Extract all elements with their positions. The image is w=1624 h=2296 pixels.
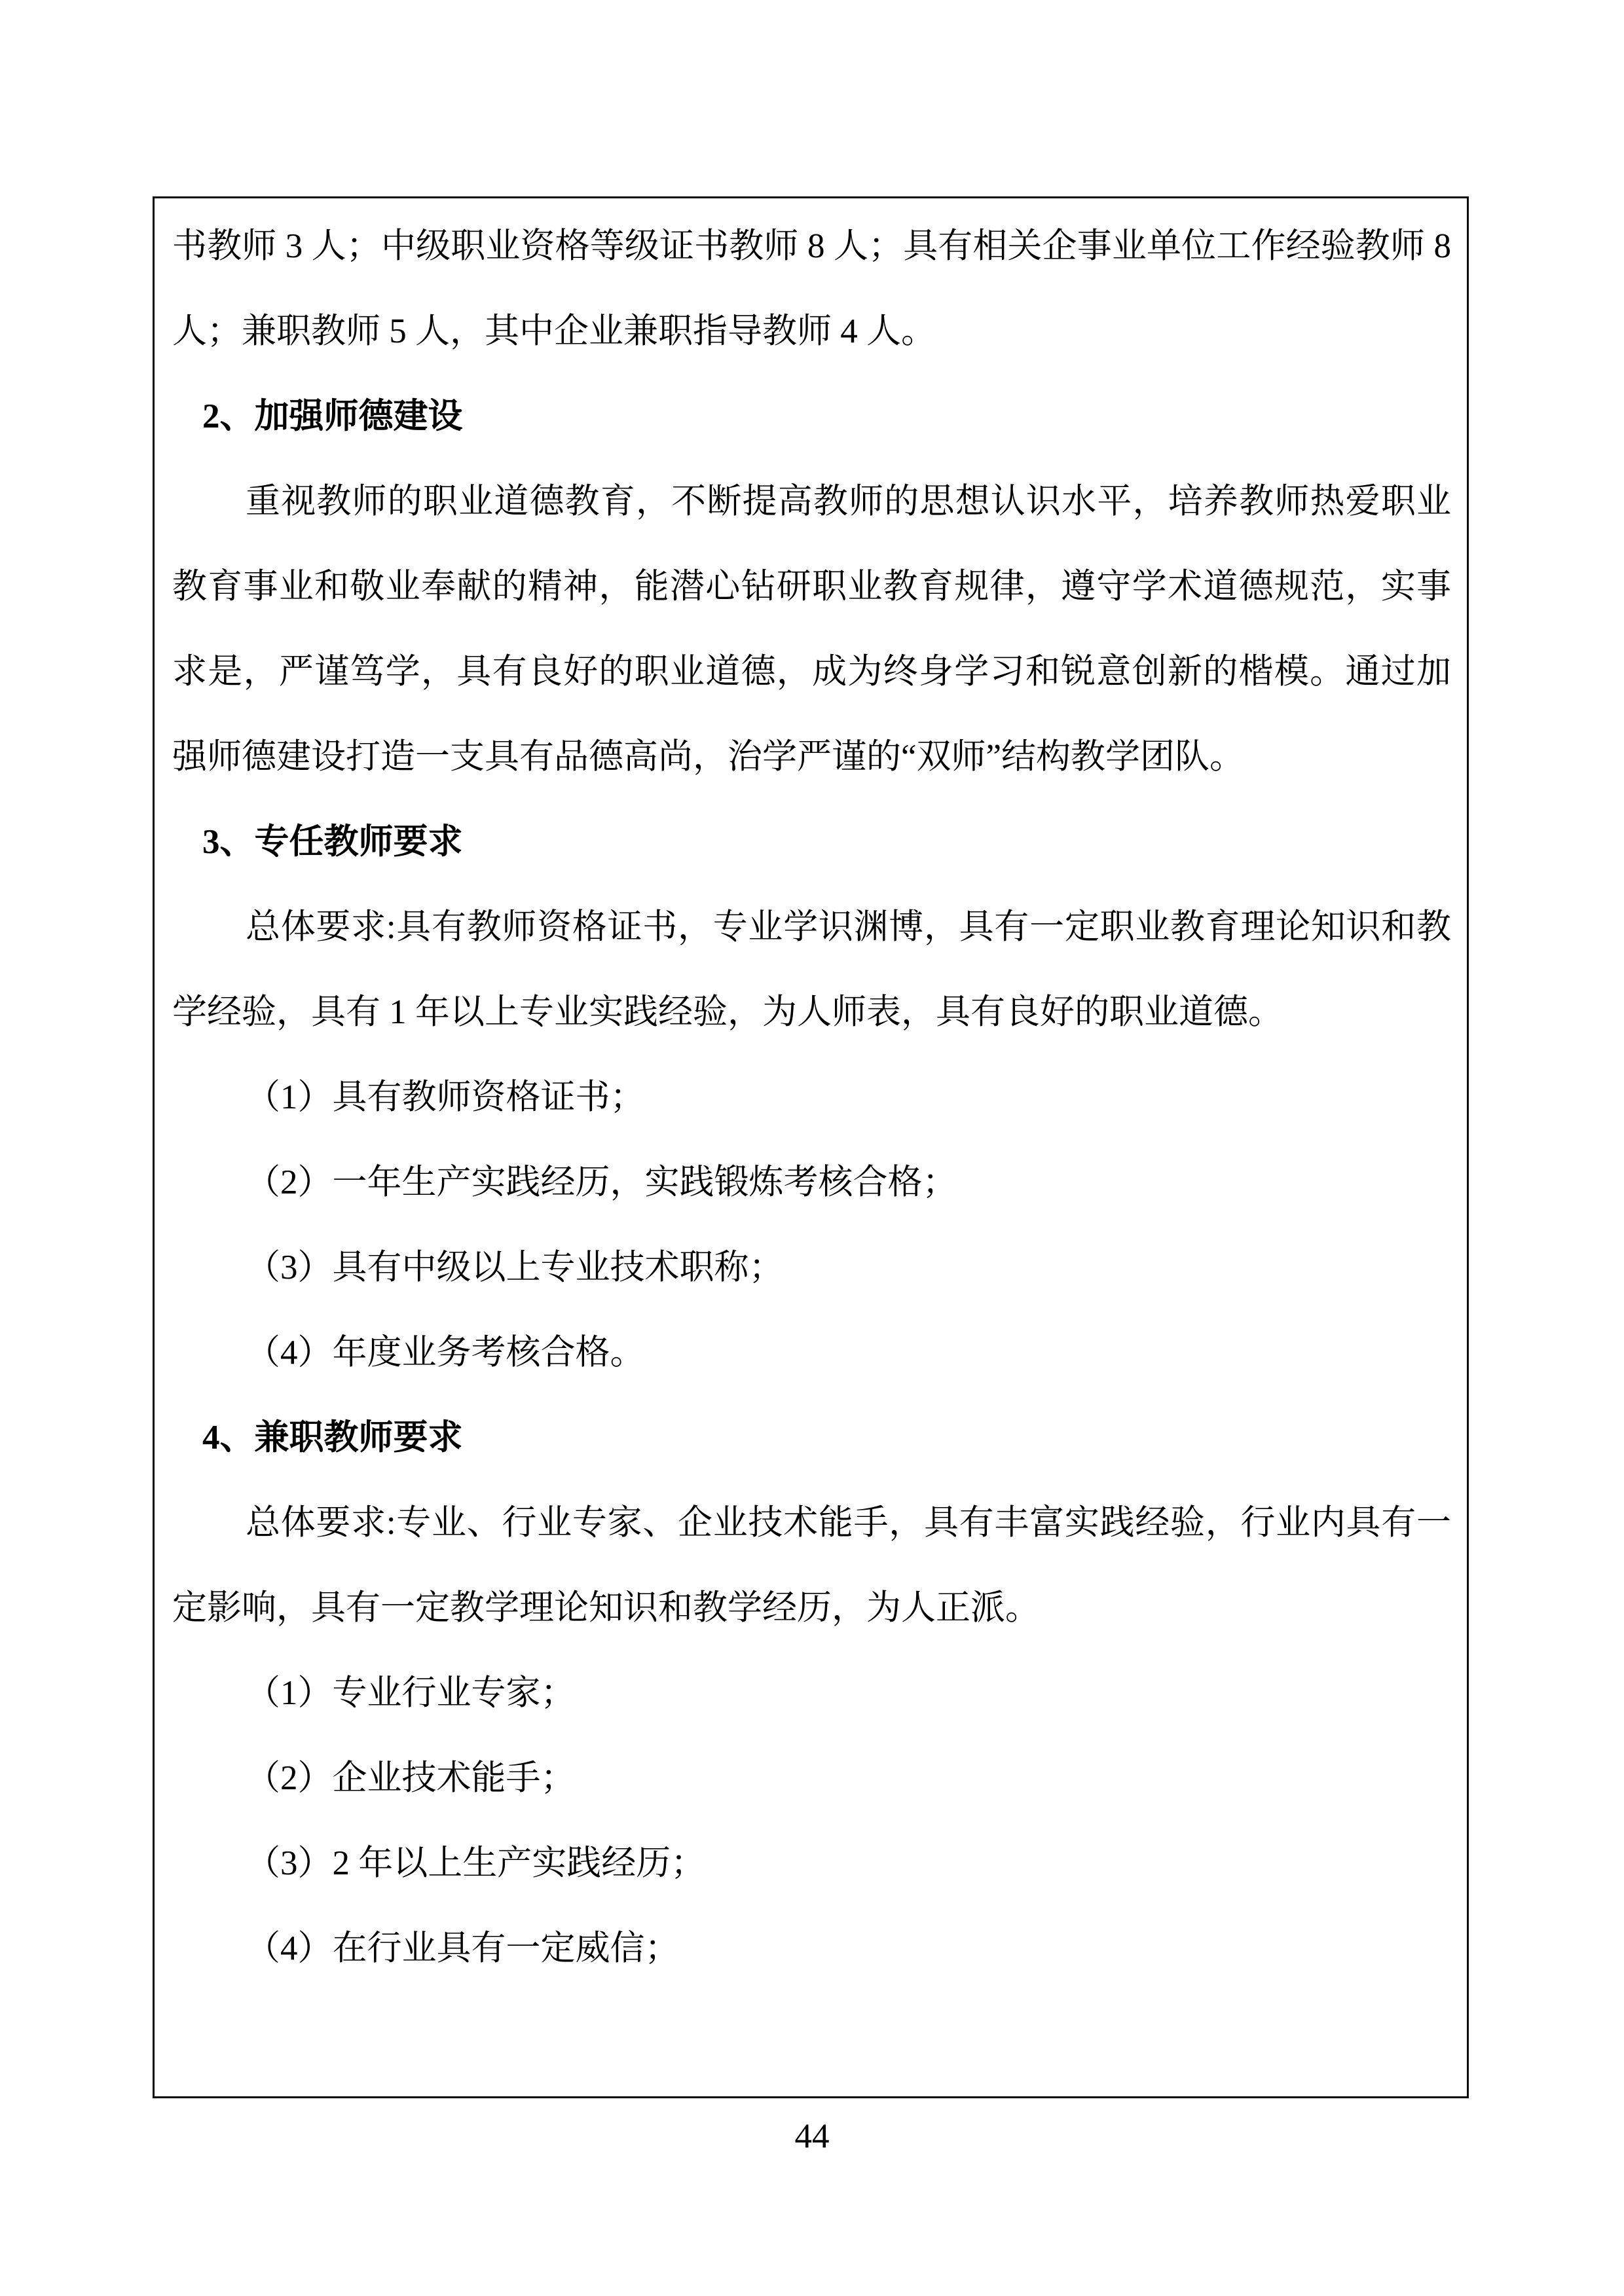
list-item-parttime-4: （4）在行业具有一定威信； (172, 1906, 1451, 1991)
list-item-parttime-3: （3）2 年以上生产实践经历； (172, 1821, 1451, 1906)
section-heading-3: 3、专任教师要求 (172, 799, 1451, 884)
paragraph-continuation: 书教师 3 人；中级职业资格等级证书教师 8 人；具有相关企事业单位工作经验教师… (172, 204, 1451, 374)
section-heading-4: 4、兼职教师要求 (172, 1395, 1451, 1480)
list-item-fulltime-1: （1）具有教师资格证书； (172, 1055, 1451, 1140)
list-item-parttime-1: （1）专业行业专家； (172, 1650, 1451, 1736)
paragraph-parttime-requirements: 总体要求:专业、行业专家、企业技术能手，具有丰富实践经验，行业内具有一定影响，具… (172, 1480, 1451, 1650)
list-item-parttime-2: （2）企业技术能手； (172, 1736, 1451, 1821)
document-page: 书教师 3 人；中级职业资格等级证书教师 8 人；具有相关企事业单位工作经验教师… (0, 0, 1624, 2296)
section-heading-2: 2、加强师德建设 (172, 374, 1451, 459)
list-item-fulltime-2: （2）一年生产实践经历，实践锻炼考核合格； (172, 1140, 1451, 1225)
list-item-fulltime-3: （3）具有中级以上专业技术职称； (172, 1225, 1451, 1310)
paragraph-teacher-ethics: 重视教师的职业道德教育，不断提高教师的思想认识水平，培养教师热爱职业教育事业和敬… (172, 459, 1451, 799)
document-border-box: 书教师 3 人；中级职业资格等级证书教师 8 人；具有相关企事业单位工作经验教师… (153, 196, 1469, 2098)
list-item-fulltime-4: （4）年度业务考核合格。 (172, 1310, 1451, 1395)
page-number: 44 (0, 2095, 1624, 2178)
paragraph-fulltime-requirements: 总体要求:具有教师资格证书，专业学识渊博，具有一定职业教育理论知识和教学经验，具… (172, 884, 1451, 1055)
